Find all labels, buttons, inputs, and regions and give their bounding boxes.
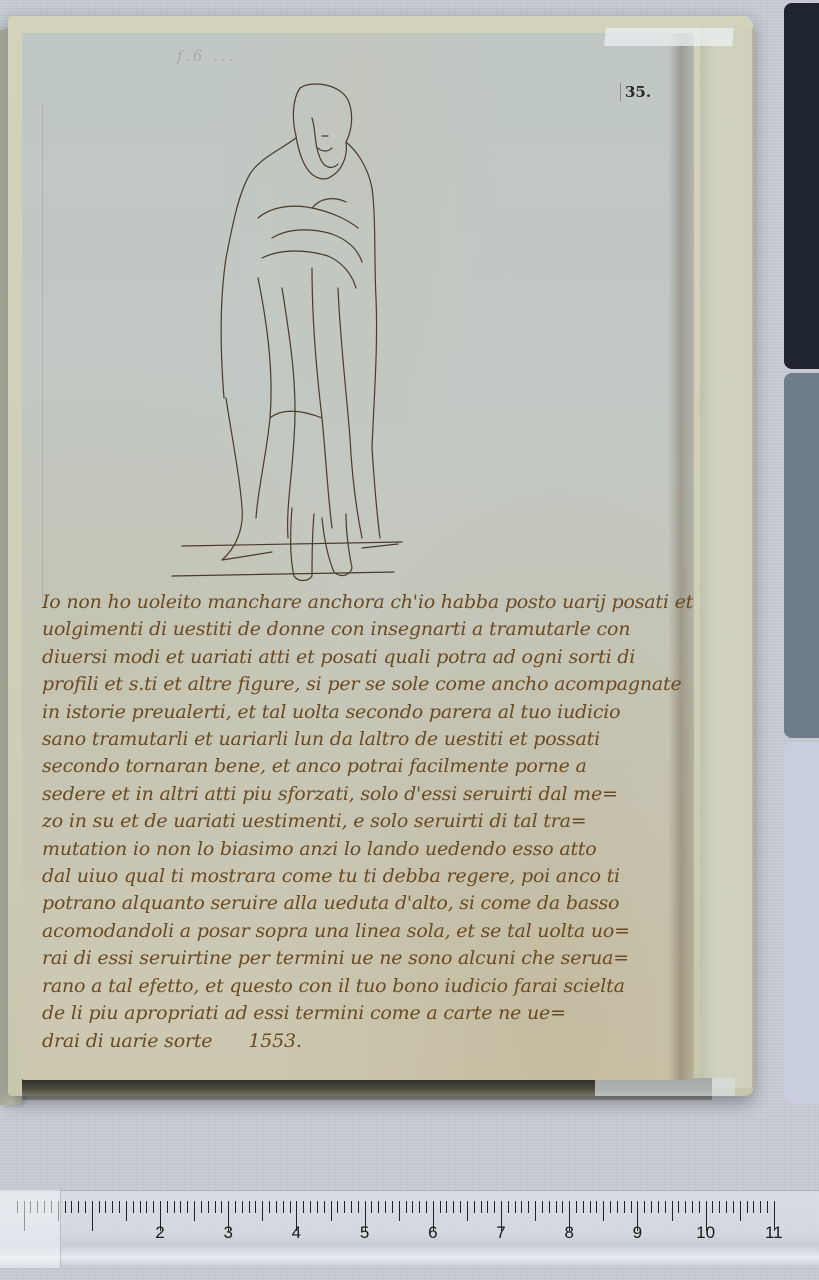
ruler-tick bbox=[535, 1201, 536, 1221]
ruler-tick bbox=[85, 1201, 86, 1213]
ruler-label: 10 bbox=[696, 1223, 715, 1243]
ruler-tick bbox=[426, 1201, 427, 1213]
ruler-tick bbox=[208, 1201, 209, 1213]
ruler-tick bbox=[617, 1201, 618, 1213]
hinge-tape-top bbox=[604, 28, 734, 46]
manuscript-date: 1553. bbox=[248, 1030, 301, 1052]
ruler-tick bbox=[419, 1201, 420, 1213]
ruler-tick bbox=[651, 1201, 652, 1213]
ruler-tick bbox=[726, 1201, 727, 1213]
ruler-tick bbox=[624, 1201, 625, 1213]
ruler-tick bbox=[562, 1201, 563, 1213]
ruler-tick bbox=[99, 1201, 100, 1213]
ruler-label: 3 bbox=[223, 1223, 232, 1243]
ruler-tick bbox=[412, 1201, 413, 1213]
ruler-tick bbox=[235, 1201, 236, 1213]
color-swatch-mid bbox=[784, 373, 819, 738]
text-line: rano a tal efetto, et questo con il tuo … bbox=[42, 973, 667, 1000]
ruler-label: 5 bbox=[360, 1223, 369, 1243]
ruler-tick bbox=[753, 1201, 754, 1213]
photo-scene: f.6 ... 35. bbox=[0, 0, 819, 1280]
ruler-label: 6 bbox=[428, 1223, 437, 1243]
ruler-tick bbox=[699, 1201, 700, 1213]
color-swatch-light bbox=[784, 742, 819, 1104]
ruler-tick bbox=[119, 1201, 120, 1213]
ruler-tick bbox=[255, 1201, 256, 1213]
ruler-tick bbox=[146, 1201, 147, 1213]
ruler-label: 7 bbox=[496, 1223, 505, 1243]
text-line: rai di essi seruirtine per termini ue ne… bbox=[42, 945, 667, 972]
text-line-last: drai di uarie sorte1553. bbox=[42, 1028, 667, 1055]
ruler-tick bbox=[521, 1201, 522, 1213]
text-line: uolgimenti di uestiti de donne con inseg… bbox=[42, 616, 667, 643]
ruler-tick bbox=[440, 1201, 441, 1213]
ruler-tick bbox=[760, 1201, 761, 1213]
ruler-tick bbox=[596, 1201, 597, 1213]
text-line: zo in su et de uariati uestimenti, e sol… bbox=[42, 808, 667, 835]
margin-ruling bbox=[42, 103, 43, 603]
ruler-tick bbox=[153, 1201, 154, 1213]
ruler-tick bbox=[167, 1201, 168, 1213]
ruler-tick bbox=[487, 1201, 488, 1213]
ruler-tick bbox=[549, 1201, 550, 1213]
ruler-label: 2 bbox=[155, 1223, 164, 1243]
ruler-tick bbox=[283, 1201, 284, 1213]
ruler-tick bbox=[747, 1201, 748, 1213]
ruler-tick bbox=[358, 1201, 359, 1213]
ruler-tick bbox=[351, 1201, 352, 1213]
ruler-tick bbox=[583, 1201, 584, 1213]
ruler-tick bbox=[733, 1201, 734, 1213]
ruler-tick bbox=[324, 1201, 325, 1213]
ruler-tick bbox=[269, 1201, 270, 1213]
ruler-tick bbox=[310, 1201, 311, 1213]
ruler-label: 11 bbox=[765, 1223, 783, 1243]
ruler-tick bbox=[174, 1201, 175, 1213]
ruler-tick bbox=[215, 1201, 216, 1213]
folio-gutter bbox=[668, 33, 694, 1080]
ruler-tick bbox=[317, 1201, 318, 1213]
ruler-tick bbox=[290, 1201, 291, 1213]
ruler-tick bbox=[406, 1201, 407, 1213]
text-line: acomodandoli a posar sopra una linea sol… bbox=[42, 918, 667, 945]
ruler-tick bbox=[78, 1201, 79, 1213]
ruler-tick bbox=[467, 1201, 468, 1221]
ruler-tick bbox=[556, 1201, 557, 1213]
ruler-tick bbox=[399, 1201, 400, 1221]
ruler-tick bbox=[481, 1201, 482, 1213]
ruler-tick bbox=[446, 1201, 447, 1213]
text-line: de li piu apropriati ad essi termini com… bbox=[42, 1000, 667, 1027]
ruler-tick bbox=[658, 1201, 659, 1213]
ruler-tick bbox=[180, 1201, 181, 1213]
ruler-tick bbox=[542, 1201, 543, 1213]
ruler-tick bbox=[303, 1201, 304, 1213]
ruler-tick bbox=[712, 1201, 713, 1213]
text-line-final: drai di uarie sorte bbox=[42, 1030, 212, 1052]
ruler-tick bbox=[331, 1201, 332, 1221]
ruler-tick bbox=[460, 1201, 461, 1213]
ruler-tick bbox=[385, 1201, 386, 1213]
cover-flap bbox=[700, 28, 754, 1088]
text-line: profili et s.ti et altre figure, si per … bbox=[42, 671, 667, 698]
ruler-tick bbox=[678, 1201, 679, 1213]
faint-inscription: f.6 ... bbox=[177, 47, 407, 71]
text-line: in istorie preualerti, et tal uolta seco… bbox=[42, 699, 667, 726]
ruler-tick bbox=[740, 1201, 741, 1221]
ruler-tick bbox=[105, 1201, 106, 1213]
text-line: sano tramutarli et uariarli lun da laltr… bbox=[42, 726, 667, 753]
ruler-tick bbox=[590, 1201, 591, 1213]
ruler-tick bbox=[474, 1201, 475, 1213]
ruler-label: 9 bbox=[633, 1223, 642, 1243]
ruler-tick bbox=[262, 1201, 263, 1221]
manuscript-text: Io non ho uoleito manchare anchora ch'io… bbox=[42, 589, 667, 1055]
figure-drawing bbox=[162, 78, 412, 583]
ruler-tick bbox=[665, 1201, 666, 1213]
ruler-tick bbox=[494, 1201, 495, 1213]
ruler-tick bbox=[133, 1201, 134, 1213]
ruler-tick bbox=[92, 1201, 93, 1231]
ruler-tick bbox=[453, 1201, 454, 1213]
text-line: dal uiuo qual ti mostrara come tu ti deb… bbox=[42, 863, 667, 890]
ruler-label: 4 bbox=[292, 1223, 301, 1243]
ruler-tick bbox=[767, 1201, 768, 1213]
ruler-tick bbox=[201, 1201, 202, 1213]
ruler-tick bbox=[692, 1201, 693, 1213]
ruler-tick bbox=[644, 1201, 645, 1213]
hinge-tape-bottom bbox=[595, 1078, 735, 1096]
text-line: sedere et in altri atti piu sforzati, so… bbox=[42, 781, 667, 808]
ruler-tick bbox=[65, 1201, 66, 1213]
ruler-tick bbox=[378, 1201, 379, 1213]
text-line: diuersi modi et uariati atti et posati q… bbox=[42, 644, 667, 671]
text-line: potrano alquanto seruire alla ueduta d'a… bbox=[42, 890, 667, 917]
ruler-tick bbox=[685, 1201, 686, 1213]
ruler-tick bbox=[140, 1201, 141, 1213]
ruler-tick bbox=[71, 1201, 72, 1213]
ruler-tick bbox=[610, 1201, 611, 1213]
ruler-tick bbox=[576, 1201, 577, 1213]
text-line: Io non ho uoleito manchare anchora ch'io… bbox=[42, 589, 667, 616]
ruler-end-cap bbox=[0, 1190, 61, 1268]
folio-number: 35. bbox=[620, 83, 651, 101]
manuscript-folio: f.6 ... 35. bbox=[22, 33, 694, 1080]
text-line: mutation io non lo biasimo anzi lo lando… bbox=[42, 836, 667, 863]
ruler-tick bbox=[337, 1201, 338, 1213]
ruler-tick bbox=[508, 1201, 509, 1213]
text-line: secondo tornaran bene, et anco potrai fa… bbox=[42, 753, 667, 780]
ruler-tick bbox=[187, 1201, 188, 1213]
ruler-tick bbox=[126, 1201, 127, 1221]
ruler-tick bbox=[112, 1201, 113, 1213]
ruler-tick bbox=[603, 1201, 604, 1221]
ruler-tick bbox=[221, 1201, 222, 1213]
ruler-tick bbox=[276, 1201, 277, 1213]
color-swatch-dark bbox=[784, 3, 819, 369]
ruler-tick bbox=[392, 1201, 393, 1213]
draped-figure-icon bbox=[162, 78, 412, 583]
ruler-tick bbox=[242, 1201, 243, 1213]
ruler-tick bbox=[672, 1201, 673, 1221]
ruler-tick bbox=[631, 1201, 632, 1213]
ruler-tick bbox=[528, 1201, 529, 1213]
ruler-tick bbox=[515, 1201, 516, 1213]
ruler-tick bbox=[249, 1201, 250, 1213]
ruler-label: 8 bbox=[564, 1223, 573, 1243]
ruler-tick bbox=[344, 1201, 345, 1213]
ruler-tick bbox=[194, 1201, 195, 1221]
ruler-tick bbox=[719, 1201, 720, 1213]
ruler-tick bbox=[371, 1201, 372, 1213]
